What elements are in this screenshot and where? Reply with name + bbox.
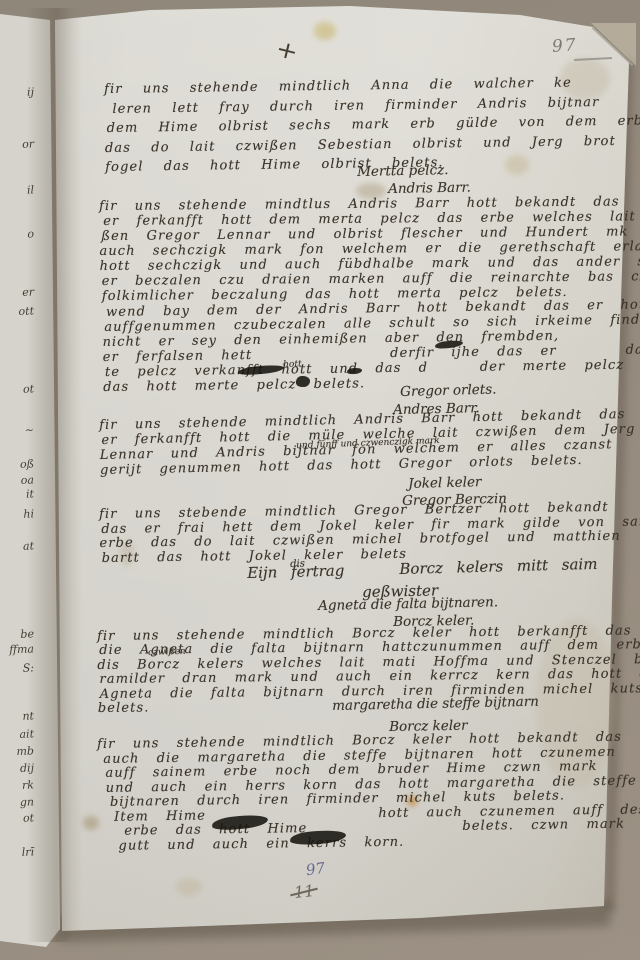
folio-number-bottom-ink: 97 xyxy=(305,859,326,879)
paper-stain xyxy=(176,878,202,896)
ink-blot xyxy=(296,376,310,387)
margin-text-fragment: ott xyxy=(0,304,34,318)
margin-text-fragment: S: xyxy=(0,661,34,675)
margin-text-fragment: at xyxy=(0,539,34,553)
margin-text-fragment: or xyxy=(0,137,34,151)
signature-mertta-pelcz: Mertta pelcz. xyxy=(357,163,449,180)
margin-text-fragment: gn xyxy=(0,795,34,809)
text-line: hott xyxy=(283,359,302,370)
text-line: dis xyxy=(290,558,305,570)
text-line: Jokel keler xyxy=(408,475,482,492)
margin-text-fragment: hi xyxy=(0,507,34,521)
entry-2: fir uns stehende mindtlus Andris Barr ho… xyxy=(99,194,640,304)
text-line: Mertta pelcz. xyxy=(357,163,449,180)
margin-text-fragment: it xyxy=(0,487,34,501)
margin-text-fragment: be xyxy=(0,627,34,641)
interlinear-hott: hott xyxy=(283,359,302,370)
heading-andris-barr: Andris Barr. xyxy=(388,181,471,197)
interlinear-dis: dis xyxy=(290,558,305,570)
margin-text-fragment: mb xyxy=(0,744,34,758)
binding-gutter-shadow xyxy=(26,8,82,942)
margin-text-fragment: lrī xyxy=(0,845,34,859)
margin-text-fragment: ait xyxy=(0,727,34,741)
book-scan: + 97 fir uns stehende mindtlich Anna die… xyxy=(0,0,640,960)
text-line: Gregor orlets. xyxy=(400,382,497,400)
entry-1: fir uns stehende mindtlich Anna die walc… xyxy=(104,72,640,178)
entry-2-continuation: wend bay dem der Andris Barr hott bekand… xyxy=(102,295,640,395)
text-line: czwißen xyxy=(148,647,186,658)
margin-text-fragment: oß xyxy=(0,457,34,471)
margin-text-fragment: rk xyxy=(0,778,34,792)
text-line: Andris Barr. xyxy=(388,181,471,197)
margin-text-fragment: dij xyxy=(0,761,34,775)
paper-stain xyxy=(83,816,99,830)
margin-text-fragment: o xyxy=(0,227,34,241)
folio-number-pencil: 97 xyxy=(551,35,578,57)
margin-text-fragment: ot xyxy=(0,382,34,396)
signature-jokel-keler: Jokel keler xyxy=(408,475,482,492)
margin-text-fragment: oa xyxy=(0,473,34,487)
interlinear-czwissen: czwißen xyxy=(148,647,186,658)
margin-text-fragment: ~ xyxy=(0,423,34,437)
entry-6: fir uns stehende mindtlich Borcz keler h… xyxy=(97,729,640,854)
paper-stain xyxy=(314,22,336,40)
margin-text-fragment: nt xyxy=(0,709,34,723)
margin-text-fragment: ot xyxy=(0,811,34,825)
signature-gregor-orlets: Gregor orlets. xyxy=(400,382,497,400)
margin-text-fragment: il xyxy=(0,183,34,197)
margin-text-fragment: er xyxy=(0,285,34,299)
margin-text-fragment: ij xyxy=(0,85,34,99)
margin-text-fragment: ffma xyxy=(0,642,34,656)
